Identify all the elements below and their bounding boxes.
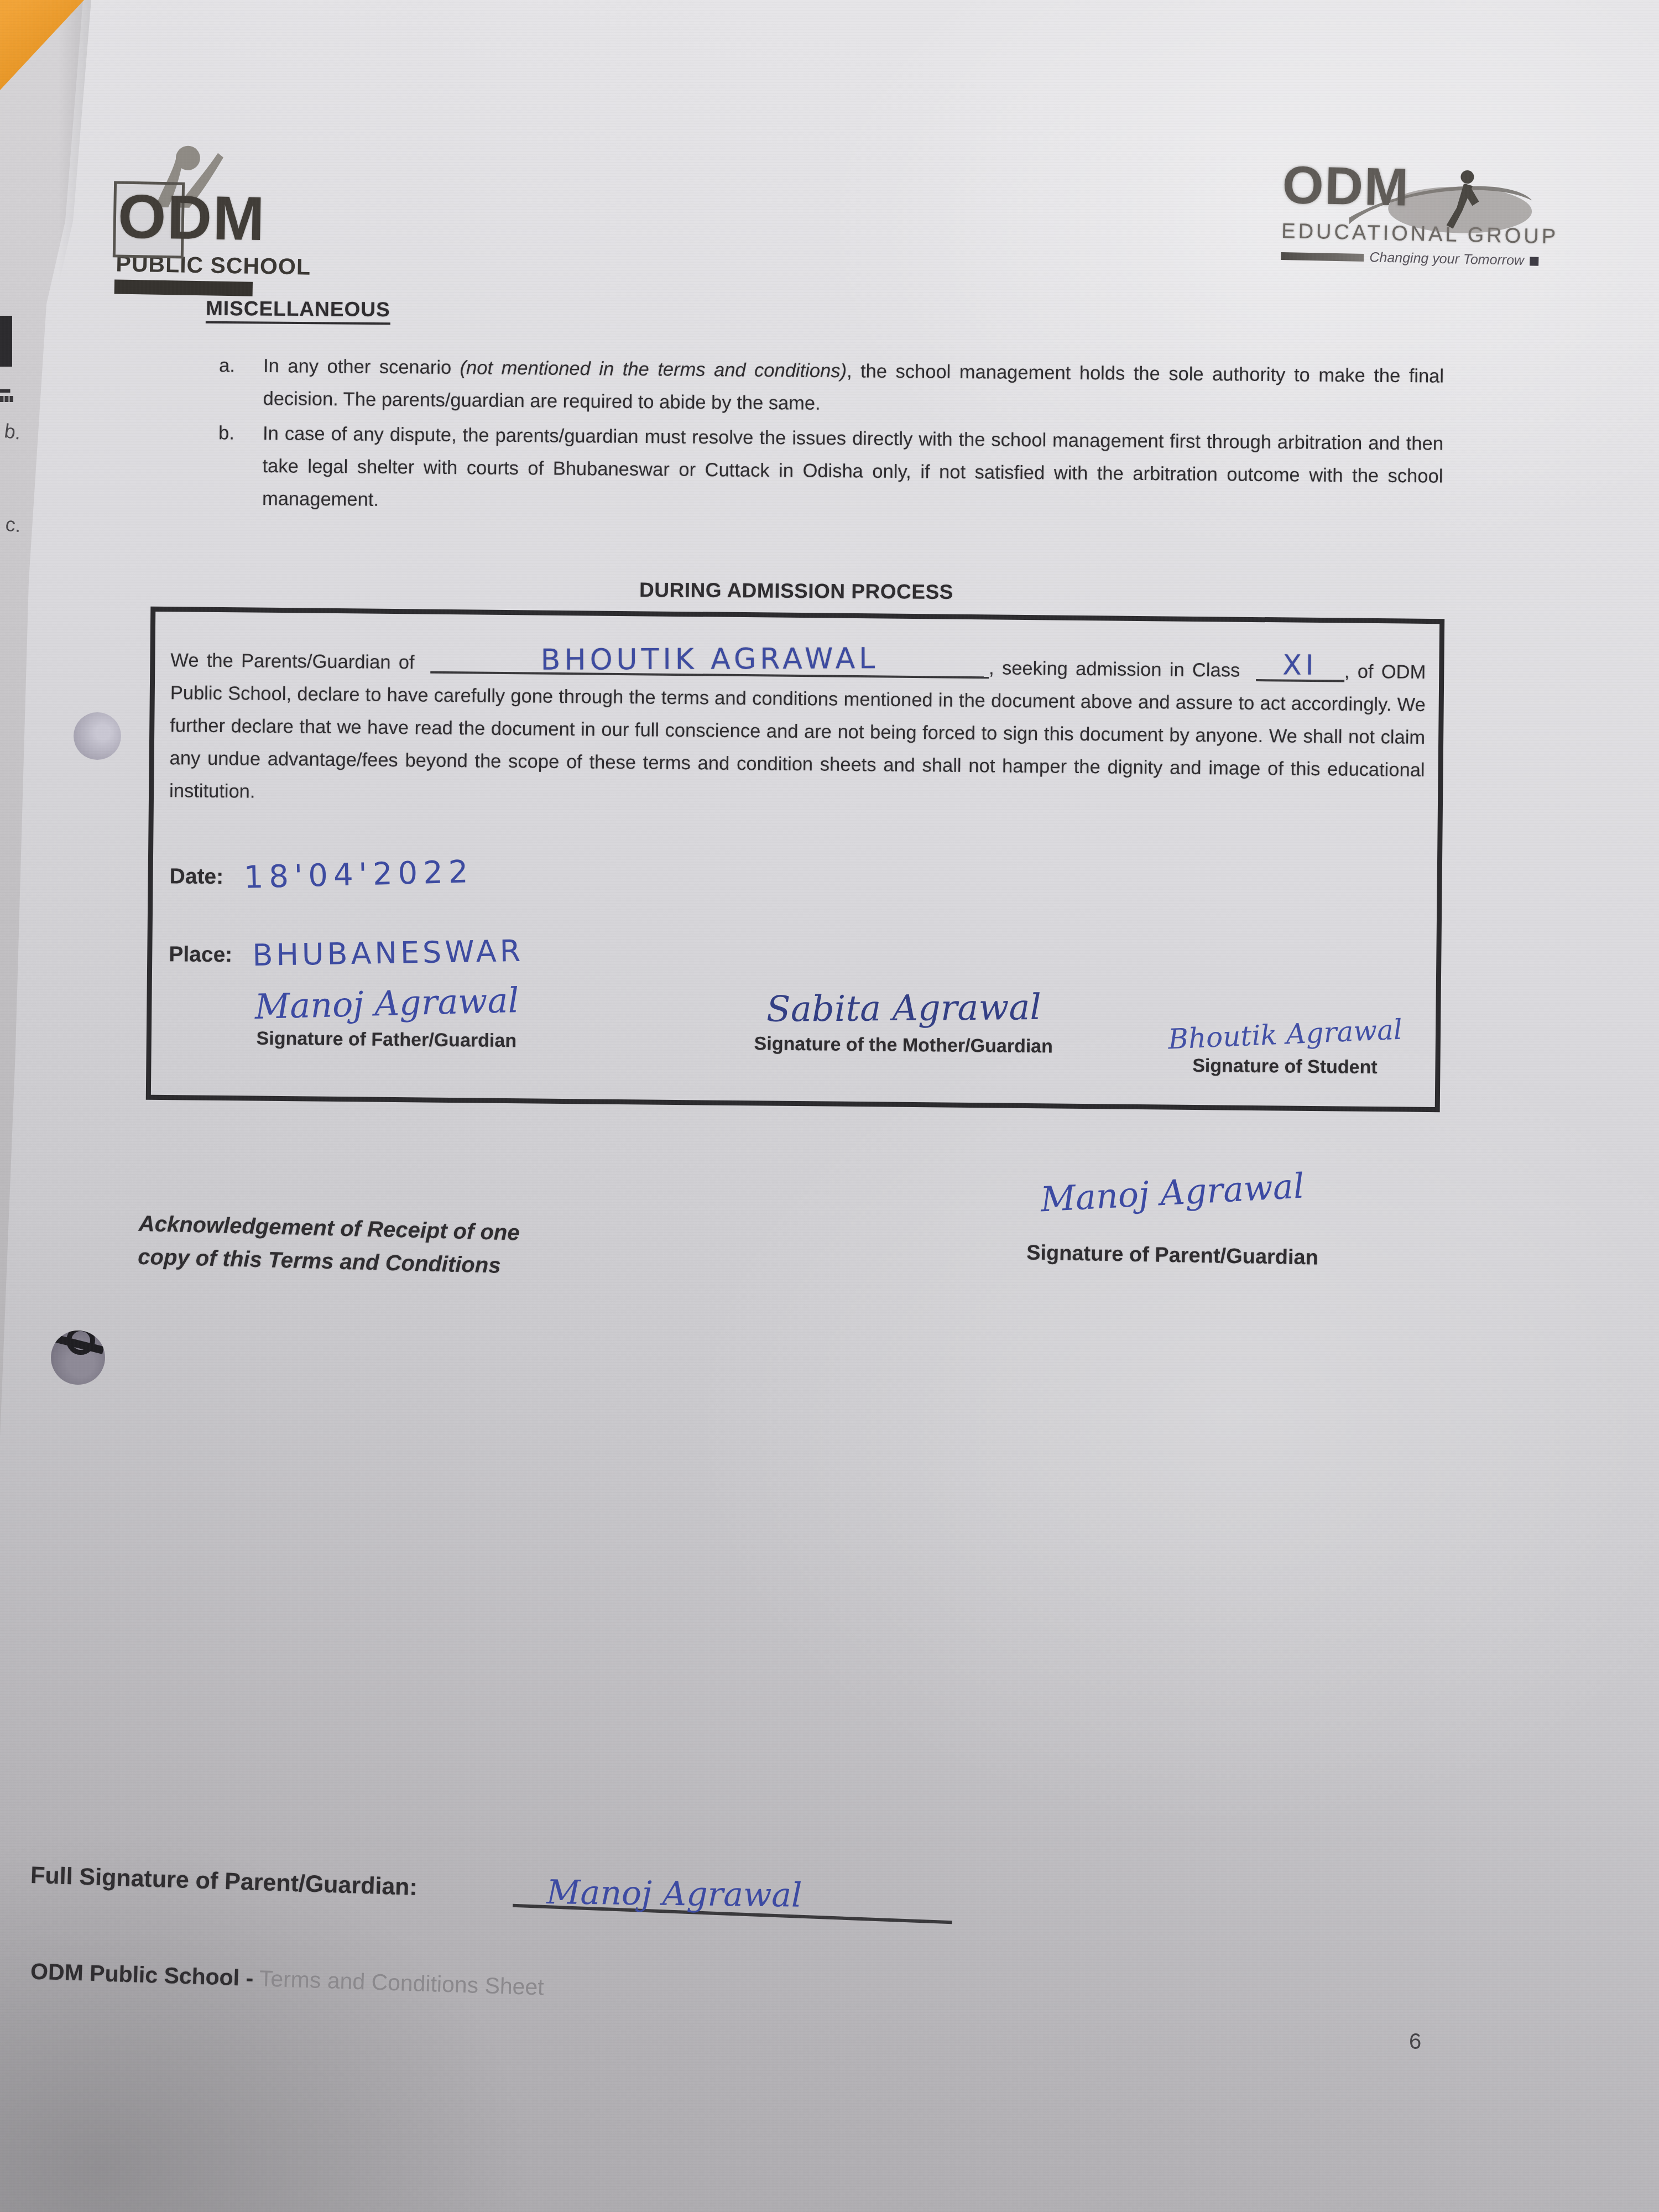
group-logo-name: ODM — [1282, 159, 1548, 217]
school-logo-name: ODM — [117, 186, 280, 251]
underlay-marker-c: c. — [4, 513, 22, 538]
miscellaneous-list: a. In any other scenario (not mentioned … — [218, 349, 1444, 528]
student-signature: Bhoutik Agrawal — [1124, 1011, 1446, 1057]
date-row: Date: 18'04'2022 — [169, 855, 473, 894]
page-number: 6 — [1409, 2030, 1421, 2054]
footer-title: Terms and Conditions Sheet — [253, 1965, 545, 2000]
list-item-b: b. In case of any dispute, the parents/g… — [218, 417, 1443, 525]
full-signature-handwriting: Manoj Agrawal — [546, 1873, 802, 1915]
punch-hole-top — [74, 712, 121, 760]
student-signature-label: Signature of Student — [1124, 1055, 1445, 1079]
place-row: Place: BHUBANESWAR — [169, 933, 524, 972]
underlay-letter: L — [0, 364, 11, 400]
date-label: Date: — [169, 864, 223, 889]
declaration-box: We the Parents/Guardian of BHOUTIK AGRAW… — [146, 607, 1444, 1112]
father-signature-label: Signature of Father/Guardian — [168, 1027, 605, 1053]
declaration-paragraph: We the Parents/Guardian of BHOUTIK AGRAW… — [169, 643, 1426, 820]
document-footer: ODM Public School - Terms and Conditions… — [30, 1958, 544, 2000]
place-handwriting: BHUBANESWAR — [252, 933, 524, 973]
place-label: Place: — [169, 942, 232, 967]
tagline-end-square — [1530, 257, 1538, 265]
acknowledgement-text: Acknowledgement of Receipt of one copy o… — [138, 1207, 560, 1284]
odm-public-school-logo: ODM PUBLIC SCHOOL — [112, 141, 281, 296]
mother-signature-block: Sabita Agrawal Signature of the Mother/G… — [705, 986, 1103, 1058]
date-handwriting: 18'04'2022 — [243, 854, 473, 896]
student-name-handwriting: BHOUTIK AGRAWAL — [430, 642, 989, 677]
parent-guardian-signature-label: Signature of Parent/Guardian — [984, 1240, 1361, 1271]
father-signature-block: Manoj Agrawal Signature of Father/Guardi… — [168, 981, 606, 1053]
full-signature-line: Manoj Agrawal — [513, 1871, 953, 1924]
tagline-bar — [1281, 252, 1364, 261]
full-signature-label: Full Signature of Parent/Guardian: — [30, 1862, 418, 1901]
parent-guardian-signature: Manoj Agrawal — [984, 1162, 1361, 1222]
group-logo-tagline: Changing your Tomorrow — [1369, 249, 1524, 269]
student-name-field: BHOUTIK AGRAWAL — [430, 645, 989, 679]
underlay-striped-bar — [0, 396, 13, 402]
admission-heading: DURING ADMISSION PROCESS — [149, 575, 1443, 607]
odm-educational-group-logo: ODM EDUCATIONAL GROUP Changing your Tomo… — [1281, 159, 1548, 269]
item-text: In any other scenario (not mentioned in … — [263, 350, 1444, 426]
parent-guardian-signature-block: Manoj Agrawal Signature of Parent/Guardi… — [984, 1172, 1360, 1267]
miscellaneous-heading: MISCELLANEOUS — [206, 297, 390, 325]
class-handwriting: XI — [1256, 648, 1345, 682]
underlay-black-block — [0, 316, 12, 367]
father-signature: Manoj Agrawal — [168, 978, 606, 1029]
school-logo-banner — [114, 279, 253, 296]
list-item-a: a. In any other scenario (not mentioned … — [218, 349, 1444, 425]
item-marker: b. — [218, 417, 247, 515]
item-marker: a. — [218, 349, 247, 415]
mother-signature-label: Signature of the Mother/Guardian — [705, 1032, 1103, 1058]
class-field: XI — [1256, 653, 1344, 682]
punch-hole-bottom — [51, 1331, 105, 1385]
mother-signature: Sabita Agrawal — [705, 987, 1103, 1031]
underlay-marker-b: b. — [3, 419, 23, 445]
item-text: In case of any dispute, the parents/guar… — [262, 418, 1443, 526]
document-page: ODM PUBLIC SCHOOL ODM EDUCATIONAL GROUP … — [0, 0, 1659, 2212]
photo-canvas: ODM PUBLIC SCHOOL ODM EDUCATIONAL GROUP … — [0, 0, 1659, 2212]
footer-brand: ODM Public School - — [30, 1958, 254, 1991]
student-signature-block: Bhoutik Agrawal Signature of Student — [1124, 1017, 1446, 1079]
